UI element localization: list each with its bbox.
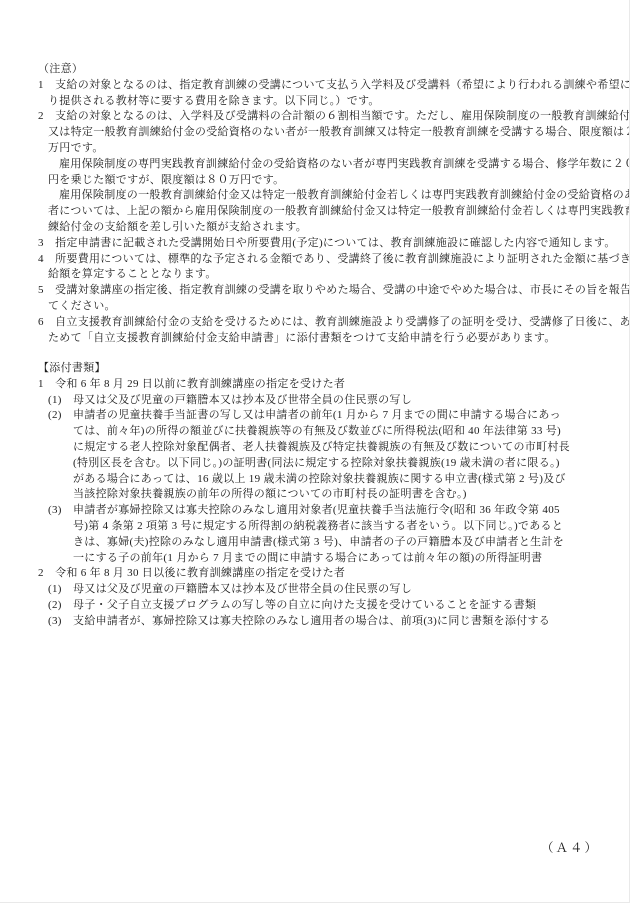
note-line: 4 所要費用については、標準的な予定される金額であり、受講終了後に教育訓練施設に… — [38, 252, 621, 268]
attachment-line: 当該控除対象扶養親族の前年の所得の額についての市町村長の証明書を含む。) — [73, 487, 621, 503]
attachment-line: がある場合にあっては、16 歳以上 19 歳未満の控除対象扶養親族に関する申立書… — [73, 472, 621, 488]
note-line: 2 支給の対象となるのは、入学料及び受講料の合計額の６割相当額です。ただし、雇用… — [38, 109, 621, 125]
attachment-line: (3) 支給申請者が、寡婦控除又は寡夫控除のみなし適用者の場合は、前項(3)に同… — [48, 614, 621, 630]
note-line: てください。 — [48, 299, 621, 315]
attachment-line: (1) 母又は父及び児童の戸籍謄本又は抄本及び世帯全員の住民票の写し — [48, 582, 621, 598]
note-line: 万円です。 — [48, 141, 621, 157]
attachments-heading: 【添付書類】 — [38, 361, 621, 377]
note-line: 6 自立支援教育訓練給付金の支給を受けるためには、教育訓練施設より受講修了の証明… — [38, 315, 621, 331]
note-line: 給額を算定することとなります。 — [48, 267, 621, 283]
page-size-label: （Ａ４） — [541, 838, 599, 856]
notes-section: （注意） 1 支給の対象となるのは、指定教育訓練の受講について支払う入学料及び受… — [38, 62, 621, 346]
note-line: 円を乗じた額ですが、限度額は８０万円です。 — [48, 173, 621, 189]
note-line: 又は特定一般教育訓練給付金の受給資格のない者が一般教育訓練又は特定一般教育訓練を… — [48, 125, 621, 141]
note-line: 者については、上記の額から雇用保険制度の一般教育訓練給付金又は特定一般教育訓練給… — [48, 204, 621, 220]
note-line: 雇用保険制度の専門実践教育訓練給付金の受給資格のない者が専門実践教育訓練を受講す… — [59, 157, 621, 173]
document-page: （注意） 1 支給の対象となるのは、指定教育訓練の受講について支払う入学料及び受… — [0, 0, 630, 903]
attachment-line: (1) 母又は父及び児童の戸籍謄本又は抄本及び世帯全員の住民票の写し — [48, 393, 621, 409]
attachment-line: (3) 申請者が寡婦控除又は寡夫控除のみなし適用対象者(児童扶養手当法施行令(昭… — [48, 503, 621, 519]
attachment-line: 一にする子の前年(1 月から 7 月までの間に申請する場合にあっては前々年の額)… — [73, 551, 621, 567]
attachment-line: きは、寡婦(夫)控除のみなし適用申請書(様式第 3 号)、申請者の子の戸籍謄本及… — [73, 535, 621, 551]
notes-heading: （注意） — [38, 62, 621, 78]
attachment-line: に規定する老人控除対象配偶者、老人扶養親族及び特定扶養親族の有無及び数についての… — [73, 440, 621, 456]
note-line: 雇用保険制度の一般教育訓練給付金又は特定一般教育訓練給付金若しくは専門実践教育訓… — [59, 188, 621, 204]
note-line: 5 受講対象講座の指定後、指定教育訓練の受講を取りやめた場合、受講の中途でやめた… — [38, 283, 621, 299]
attachment-line: (2) 母子・父子自立支援プログラムの写し等の自立に向けた支援を受けていることを… — [48, 598, 621, 614]
attachment-line: 1 令和 6 年 8 月 29 日以前に教育訓練講座の指定を受けた者 — [38, 377, 621, 393]
note-line: 練給付金の支給額を差し引いた額が支給されます。 — [48, 220, 621, 236]
attachment-line: (特別区長を含む。以下同じ。)の証明書(同法に規定する控除対象扶養親族(19 歳… — [73, 456, 621, 472]
attachment-line: 2 令和 6 年 8 月 30 日以後に教育訓練講座の指定を受けた者 — [38, 566, 621, 582]
note-line: ためて「自立支援教育訓練給付金支給申請書」に添付書類をつけて支給申請を行う必要が… — [48, 331, 621, 347]
note-line: り提供される教材等に要する費用を除きます。以下同じ。）です。 — [48, 94, 621, 110]
attachment-line: ては、前々年)の所得の額並びに扶養親族等の有無及び数並びに所得税法(昭和 40 … — [73, 424, 621, 440]
attachment-line: 号)第 4 条第 2 項第 3 号に規定する所得割の納税義務者に該当する者をいう… — [73, 519, 621, 535]
note-line: 1 支給の対象となるのは、指定教育訓練の受講について支払う入学料及び受講料（希望… — [38, 78, 621, 94]
note-line: 3 指定申請書に記載された受講開始日や所要費用(予定)については、教育訓練施設に… — [38, 236, 621, 252]
attachment-line: (2) 申請者の児童扶養手当証書の写し又は申請者の前年(1 月から 7 月までの… — [48, 408, 621, 424]
attachments-section: 【添付書類】 1 令和 6 年 8 月 29 日以前に教育訓練講座の指定を受けた… — [38, 361, 621, 630]
